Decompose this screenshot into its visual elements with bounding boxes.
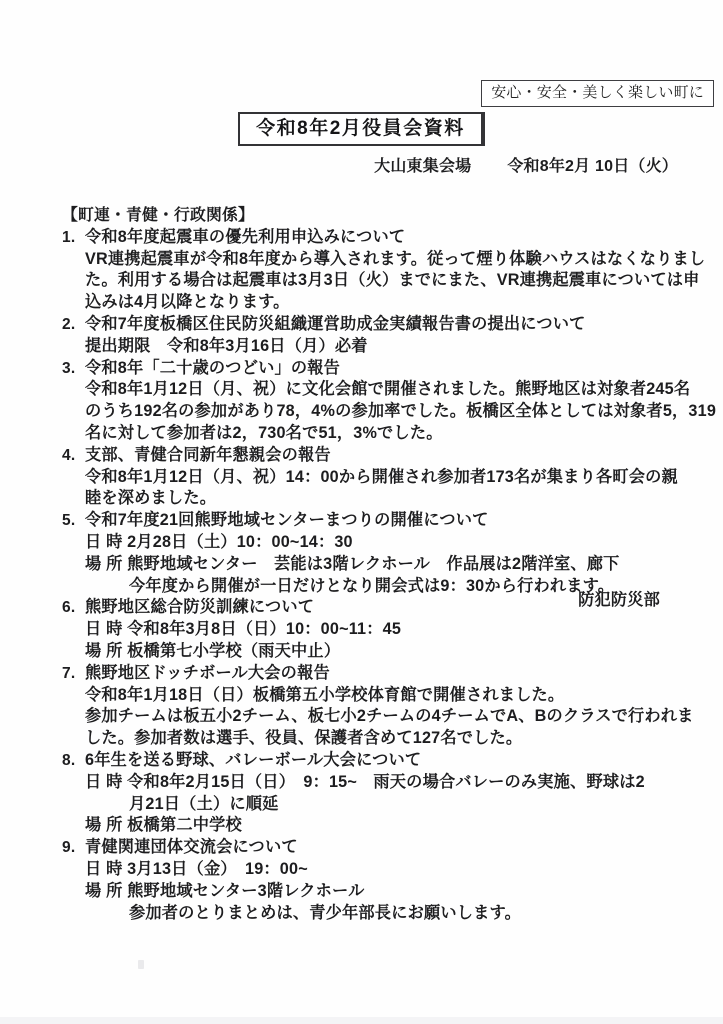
item-number: 8.	[62, 750, 85, 772]
agenda-item: 4. 支部、青健合同新年懇親会の報告 令和8年1月12日（月、祝）14：00から…	[62, 445, 683, 510]
item-heading-line: 3. 令和8年「二十歳のつどい」の報告	[62, 358, 683, 380]
item-heading-line: 9. 青健関連団体交流会について	[62, 837, 683, 859]
item-place-line: 場 所 熊野地域センター3階レクホール	[85, 881, 683, 903]
item-heading-line: 2. 令和7年度板橋区住民防災組織運営助成金実績報告書の提出について	[62, 314, 683, 336]
item-text-line: した。参加者数は選手、役員、保護者含めて127名でした。	[85, 728, 683, 750]
item-place-line: 場 所 熊野地域センター 芸能は3階レクホール 作品展は2階洋室、廊下	[85, 554, 683, 576]
item-text-line: 参加チームは板五小2チーム、板七小2チームの4チームでA、Bのクラスで行われま	[85, 706, 683, 728]
scanned-document-page: 安心・安全・美しく楽しい町に 令和8年2月役員会資料 大山東集会場 令和8年2月…	[0, 0, 723, 1024]
item-note-line: 参加者のとりまとめは、青少年部長にお願いします。	[129, 903, 683, 925]
item-body: 令和8年1月12日（月、祝）14：00から開催され参加者173名が集まり各町会の…	[85, 467, 683, 511]
agenda-item: 1. 令和8年度起震車の優先利用申込みについて VR連携起震車が令和8年度から導…	[62, 227, 683, 314]
agenda-list: 1. 令和8年度起震車の優先利用申込みについて VR連携起震車が令和8年度から導…	[62, 227, 683, 925]
agenda-item: 9. 青健関連団体交流会について 日 時 3月13日（金） 19：00~ 場 所…	[62, 837, 683, 924]
item-heading-line: 8. 6年生を送る野球、バレーボール大会について	[62, 750, 683, 772]
item-text-line: 令和8年1月12日（月、祝）14：00から開催され参加者173名が集まり各町会の…	[85, 467, 683, 489]
item-heading-line: 1. 令和8年度起震車の優先利用申込みについて	[62, 227, 683, 249]
item-heading-line: 4. 支部、青健合同新年懇親会の報告	[62, 445, 683, 467]
item-place-line: 場 所 板橋第二中学校	[85, 815, 683, 837]
document-body: 【町連・青健・行政関係】 1. 令和8年度起震車の優先利用申込みについて VR連…	[0, 205, 723, 924]
item-text-line: た。利用する場合は起震車は3月3日（火）までにまた、VR連携起震車については申	[85, 270, 683, 292]
item-text-line: 込みは4月以降となります。	[85, 292, 683, 314]
item-text-line: 睦を深めました。	[85, 488, 683, 510]
item-body: 日 時 令和8年2月15日（日） 9：15~ 雨天の場合バレーのみ実施、野球は2…	[85, 772, 683, 837]
scan-edge-shadow	[0, 1017, 723, 1024]
item-heading-line: 7. 熊野地区ドッチボール大会の報告	[62, 663, 683, 685]
item-heading: 支部、青健合同新年懇親会の報告	[85, 445, 331, 467]
agenda-item: 3. 令和8年「二十歳のつどい」の報告 令和8年1月12日（月、祝）に文化会館で…	[62, 358, 683, 445]
item-body: 提出期限 令和8年3月16日（月）必着	[85, 336, 683, 358]
item-datetime-cont-line: 月21日（土）に順延	[129, 794, 683, 816]
item-text-line: 提出期限 令和8年3月16日（月）必着	[85, 336, 683, 358]
agenda-item: 2. 令和7年度板橋区住民防災組織運営助成金実績報告書の提出について 提出期限 …	[62, 314, 683, 358]
item-heading: 青健関連団体交流会について	[85, 837, 298, 859]
title-row: 令和8年2月役員会資料	[0, 112, 723, 146]
item-number: 1.	[62, 227, 85, 249]
item-heading: 6年生を送る野球、バレーボール大会について	[85, 750, 421, 772]
item-number: 7.	[62, 663, 85, 685]
item-datetime-line: 日 時 2月28日（土）10：00~14：30	[85, 532, 683, 554]
item-number: 3.	[62, 358, 85, 380]
venue-date-row: 大山東集会場 令和8年2月 10日（火）	[0, 156, 723, 178]
item-body: 日 時 3月13日（金） 19：00~ 場 所 熊野地域センター3階レクホール …	[85, 859, 683, 924]
item-heading: 令和8年度起震車の優先利用申込みについて	[85, 227, 405, 249]
document-title: 令和8年2月役員会資料	[256, 118, 465, 139]
item-text-line: 名に対して参加者は2，730名で51，3%でした。	[85, 423, 683, 445]
item-heading: 熊野地区総合防災訓練について	[85, 597, 314, 619]
item-text-line: 令和8年1月12日（月、祝）に文化会館で開催されました。熊野地区は対象者245名	[85, 379, 683, 401]
item-datetime-line: 日 時 令和8年2月15日（日） 9：15~ 雨天の場合バレーのみ実施、野球は2	[85, 772, 683, 794]
item-text-line: 令和8年1月18日（日）板橋第五小学校体育館で開催されました。	[85, 685, 683, 707]
agenda-item: 8. 6年生を送る野球、バレーボール大会について 日 時 令和8年2月15日（日…	[62, 750, 683, 837]
slogan-box: 安心・安全・美しく楽しい町に	[481, 80, 714, 107]
item-heading: 令和7年度21回熊野地域センターまつりの開催について	[85, 510, 489, 532]
agenda-item: 5. 令和7年度21回熊野地域センターまつりの開催について 日 時 2月28日（…	[62, 510, 683, 597]
item-heading-line: 6. 熊野地区総合防災訓練について 防犯防災部	[62, 597, 683, 619]
item-number: 5.	[62, 510, 85, 532]
item-datetime-line: 日 時 3月13日（金） 19：00~	[85, 859, 683, 881]
item-number: 4.	[62, 445, 85, 467]
venue-name: 大山東集会場	[374, 156, 471, 178]
item-place-line: 場 所 板橋第七小学校（雨天中止）	[85, 641, 683, 663]
department-label: 防犯防災部	[578, 590, 660, 612]
item-datetime-line: 日 時 令和8年3月8日（日）10：00~11：45	[85, 619, 683, 641]
item-number: 9.	[62, 837, 85, 859]
item-number: 6.	[62, 597, 85, 619]
meeting-date: 令和8年2月 10日（火）	[507, 156, 678, 178]
item-number: 2.	[62, 314, 85, 336]
slogan-row: 安心・安全・美しく楽しい町に	[0, 80, 723, 107]
item-heading: 令和8年「二十歳のつどい」の報告	[85, 358, 340, 380]
slogan-text: 安心・安全・美しく楽しい町に	[491, 84, 704, 101]
scan-artifact	[138, 960, 144, 969]
agenda-item: 6. 熊野地区総合防災訓練について 防犯防災部 日 時 令和8年3月8日（日）1…	[62, 597, 683, 662]
item-heading: 熊野地区ドッチボール大会の報告	[85, 663, 330, 685]
item-body: 令和8年1月12日（月、祝）に文化会館で開催されました。熊野地区は対象者245名…	[85, 379, 683, 444]
section-heading: 【町連・青健・行政関係】	[62, 205, 683, 227]
document-title-box: 令和8年2月役員会資料	[238, 112, 485, 146]
item-body: 日 時 2月28日（土）10：00~14：30 場 所 熊野地域センター 芸能は…	[85, 532, 683, 597]
agenda-item: 7. 熊野地区ドッチボール大会の報告 令和8年1月18日（日）板橋第五小学校体育…	[62, 663, 683, 750]
item-text-line: のうち192名の参加があり78，4%の参加率でした。板橋区全体としては対象者5，…	[85, 401, 683, 423]
item-heading: 令和7年度板橋区住民防災組織運営助成金実績報告書の提出について	[85, 314, 586, 336]
item-body: 令和8年1月18日（日）板橋第五小学校体育館で開催されました。 参加チームは板五…	[85, 685, 683, 750]
item-text-line: VR連携起震車が令和8年度から導入されます。従って煙り体験ハウスはなくなりまし	[85, 249, 683, 271]
item-heading-line: 5. 令和7年度21回熊野地域センターまつりの開催について	[62, 510, 683, 532]
item-body: VR連携起震車が令和8年度から導入されます。従って煙り体験ハウスはなくなりまし …	[85, 249, 683, 314]
item-body: 日 時 令和8年3月8日（日）10：00~11：45 場 所 板橋第七小学校（雨…	[85, 619, 683, 663]
